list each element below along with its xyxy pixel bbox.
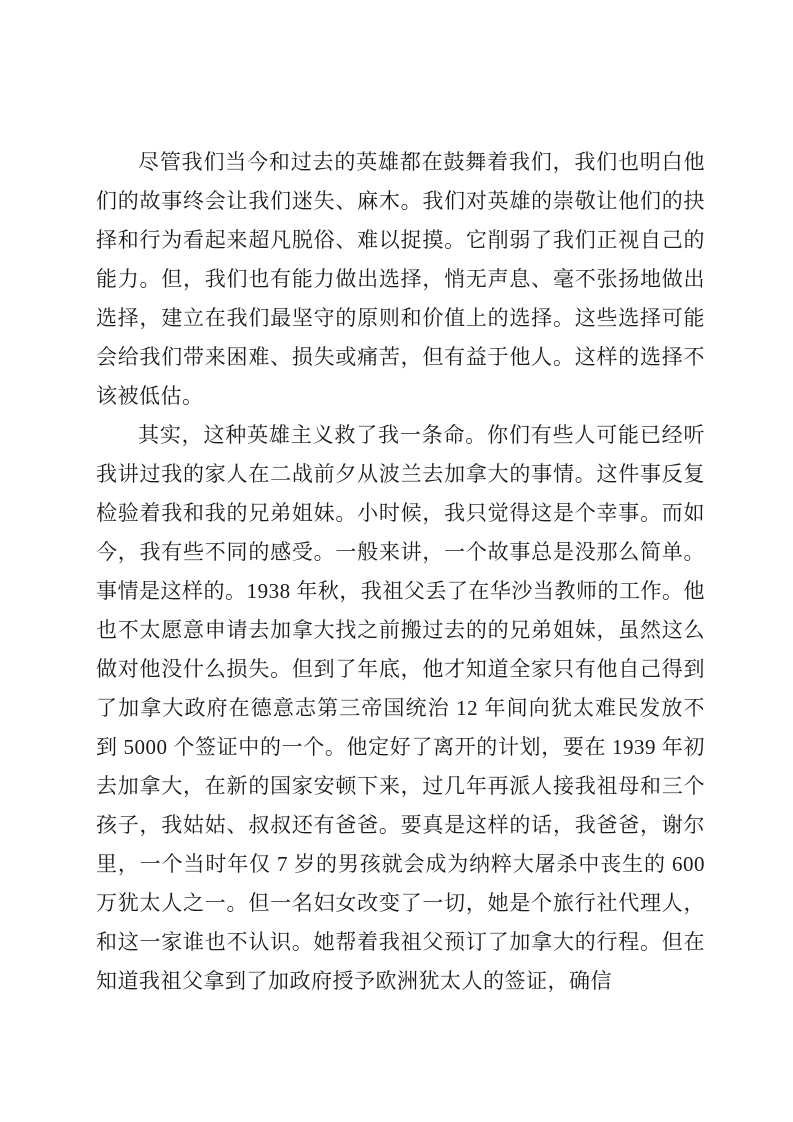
paragraph-family-story: 其实，这种英雄主义救了我一条命。你们有些人可能已经听我讲过我的家人在二战前夕从波…	[96, 416, 705, 1001]
paragraph-heroes: 尽管我们当今和过去的英雄都在鼓舞着我们，我们也明白他们的故事终会让我们迷失、麻木…	[96, 143, 705, 416]
document-page: 尽管我们当今和过去的英雄都在鼓舞着我们，我们也明白他们的故事终会让我们迷失、麻木…	[0, 0, 793, 1122]
